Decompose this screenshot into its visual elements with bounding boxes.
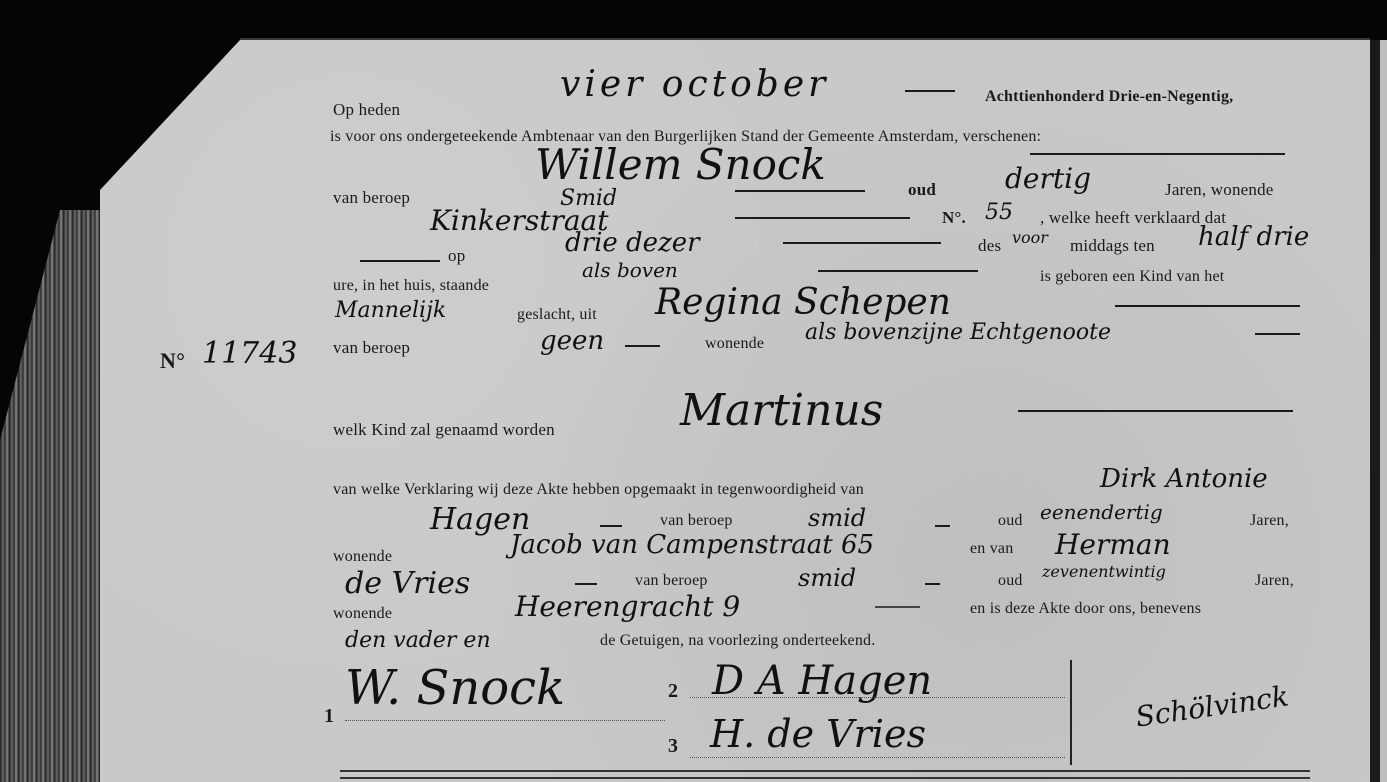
dash [600,525,622,527]
dash [875,606,920,608]
signature-number-3: 3 [668,735,678,758]
blank-rule [1255,333,1300,335]
am-pm: voor [1012,228,1048,247]
declarant-name: Willem Snock [535,140,826,189]
signature-line-3 [690,757,1065,758]
geslacht-uit-label: geslacht, uit [517,306,597,324]
jaren-label-3: Jaren, [1255,572,1294,590]
middags-ten-label: middags ten [1070,236,1155,256]
record-number-label: N° [160,348,185,374]
record-separator [340,770,1310,779]
signature-line-1 [345,720,665,721]
jaren-wonende-label: Jaren, wonende [1165,180,1274,200]
mother-name: Regina Schepen [655,282,951,323]
witness1-address: Jacob van Campenstraat 65 [510,530,874,560]
no-label: N°. [942,208,966,228]
blank-rule [735,217,910,219]
page-stack-edges [0,210,110,782]
signature-bracket [1070,660,1072,765]
getuigen-label: de Getuigen, na voorlezing onderteekend. [600,632,875,650]
witness1-age: eenendertig [1040,500,1163,524]
book-gutter [1370,40,1380,782]
en-van-label: en van [970,540,1013,558]
signature-father: W. Snock [345,660,565,716]
signature-number-2: 2 [668,680,678,703]
wonende-label: wonende [705,335,764,353]
year-label: Achttienhonderd Drie-en-Negentig, [985,88,1233,106]
declarant-house-number: 55 [985,200,1013,225]
van-beroep-label-4: van beroep [635,572,708,590]
den-vader-en: den vader en [345,628,491,653]
facing-page-edge [1380,40,1387,782]
handwritten-date: vier october [560,64,829,105]
mother-occupation: geen [540,326,604,356]
blank-rule [1030,153,1285,155]
van-beroep-label-3: van beroep [660,512,733,530]
ure-huis-label: ure, in het huis, staande [333,277,489,295]
blank-rule [360,260,440,262]
witness2-age: zevenentwintig [1042,562,1166,581]
declarant-age: dertig [1005,162,1091,195]
verklaring-label: van welke Verklaring wij deze Akte hebbe… [333,481,864,499]
oud-label: oud [908,180,936,200]
blank-rule [783,242,941,244]
blank-rule [818,270,978,272]
van-beroep-label-2: van beroep [333,338,410,358]
signature-number-1: 1 [324,705,334,728]
dash [625,345,660,347]
witness2-address: Heerengracht 9 [515,590,740,623]
birth-date: drie dezer [565,228,700,258]
wonende-label-3: wonende [333,605,392,623]
blank-rule [1018,410,1293,412]
blank-rule [905,90,955,92]
signature-witness-2: H. de Vries [710,712,926,756]
birth-time: half drie [1198,222,1309,252]
welk-kind-label: welk Kind zal genaamd worden [333,420,555,440]
jaren-label-2: Jaren, [1250,512,1289,530]
akte-label: en is deze Akte door ons, benevens [970,600,1201,618]
oud-label-3: oud [998,572,1023,590]
geboren-label: is geboren een Kind van het [1040,268,1224,286]
dash [935,525,950,527]
van-beroep-label: van beroep [333,188,410,208]
child-name: Martinus [680,385,883,436]
mother-residence: als bovenzijne Echtgenoote [805,320,1111,345]
dash [925,583,940,585]
signature-line-2 [690,697,1065,698]
oud-label-2: oud [998,512,1023,530]
child-sex: Mannelijk [335,298,446,323]
record-number: 11743 [202,336,297,371]
witness2-last-name: de Vries [345,566,470,601]
witness1-first-names: Dirk Antonie [1100,464,1268,494]
wonende-label-2: wonende [333,548,392,566]
dash [575,583,597,585]
blank-rule [1115,305,1300,307]
birth-place: als boven [582,258,678,282]
op-heden-label: Op heden [333,100,400,120]
witness1-occupation: smid [808,504,866,532]
des-label: des [978,236,1001,256]
blank-rule [735,190,865,192]
op-label: op [448,246,465,266]
witness2-occupation: smid [798,564,856,592]
witness2-first-name: Herman [1055,528,1171,561]
